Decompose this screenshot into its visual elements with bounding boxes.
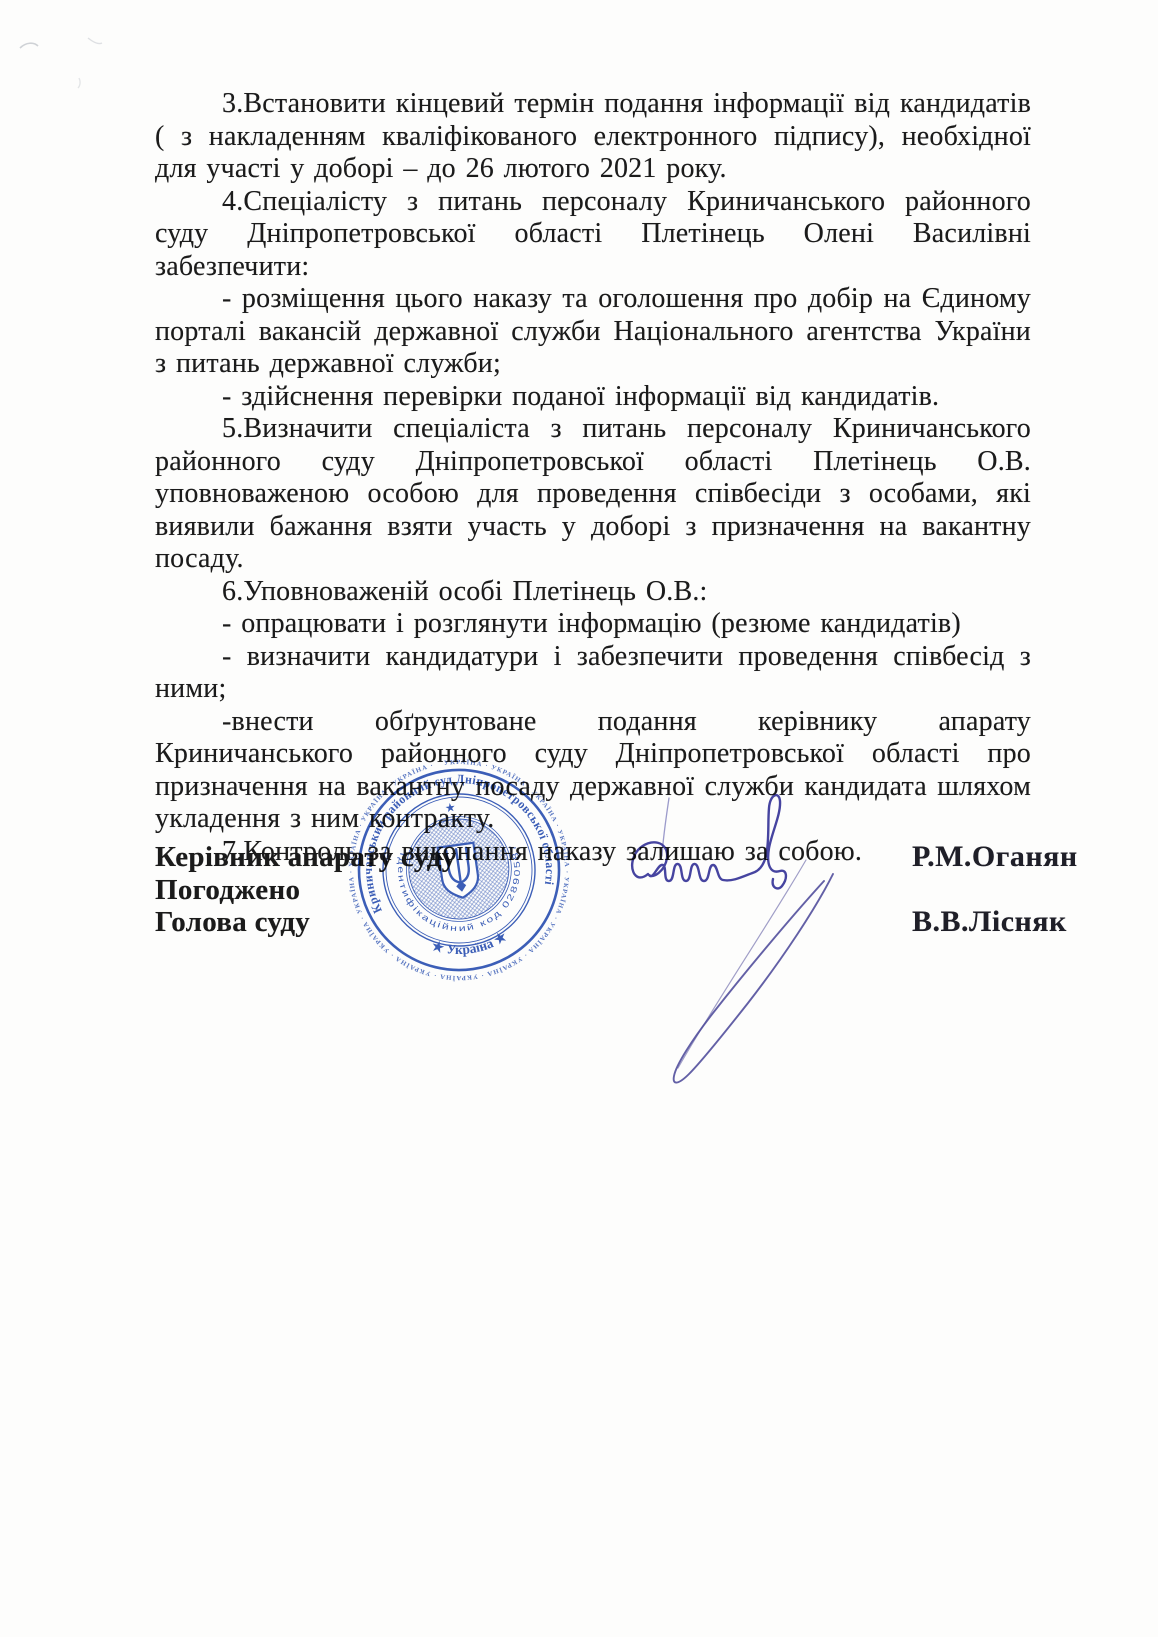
order-paragraph-3: 3.Встановити кінцевий термін подання інф… xyxy=(155,88,1031,186)
stamp-top-star: ★ xyxy=(444,800,457,815)
order-paragraph-4-bullet-1: - розміщення цього наказу та оголошення … xyxy=(155,283,1031,381)
signature-head-of-court xyxy=(674,860,833,1083)
name-head-of-court: В.В.Лісняк xyxy=(912,905,1067,939)
role-head-of-court-label: Голова суду xyxy=(155,906,310,939)
order-body-text: 3.Встановити кінцевий термін подання інф… xyxy=(155,88,1031,868)
order-paragraph-6: 6.Уповноваженій особі Плетінець О.В.: xyxy=(155,576,1031,609)
order-paragraph-4: 4.Спеціалісту з питань персоналу Кринича… xyxy=(155,186,1031,284)
order-paragraph-6-bullet-1: - опрацювати і розглянути інформацію (ре… xyxy=(155,608,1031,641)
order-paragraph-6-bullet-2: - визначити кандидатури і забезпечити пр… xyxy=(155,641,1031,706)
order-paragraph-5: 5.Визначити спеціаліста з питань персона… xyxy=(155,413,1031,576)
stamp-country-text: ★ Україна ★ xyxy=(428,927,511,962)
signature-head-of-staff xyxy=(632,795,786,888)
order-paragraph-4-bullet-2: - здійснення перевірки поданої інформаці… xyxy=(155,381,1031,414)
name-head-of-staff: Р.М.Оганян xyxy=(912,840,1078,874)
agreed-label: Погоджено xyxy=(155,874,300,907)
stamp-graphic: УКРАЇНА · УКРАЇНА · УКРАЇНА · УКРАЇНА · … xyxy=(342,753,576,987)
handwritten-signatures xyxy=(600,760,900,1100)
scanned-document-page: 3.Встановити кінцевий термін подання інф… xyxy=(0,0,1158,1637)
court-stamp: УКРАЇНА · УКРАЇНА · УКРАЇНА · УКРАЇНА · … xyxy=(342,753,576,987)
